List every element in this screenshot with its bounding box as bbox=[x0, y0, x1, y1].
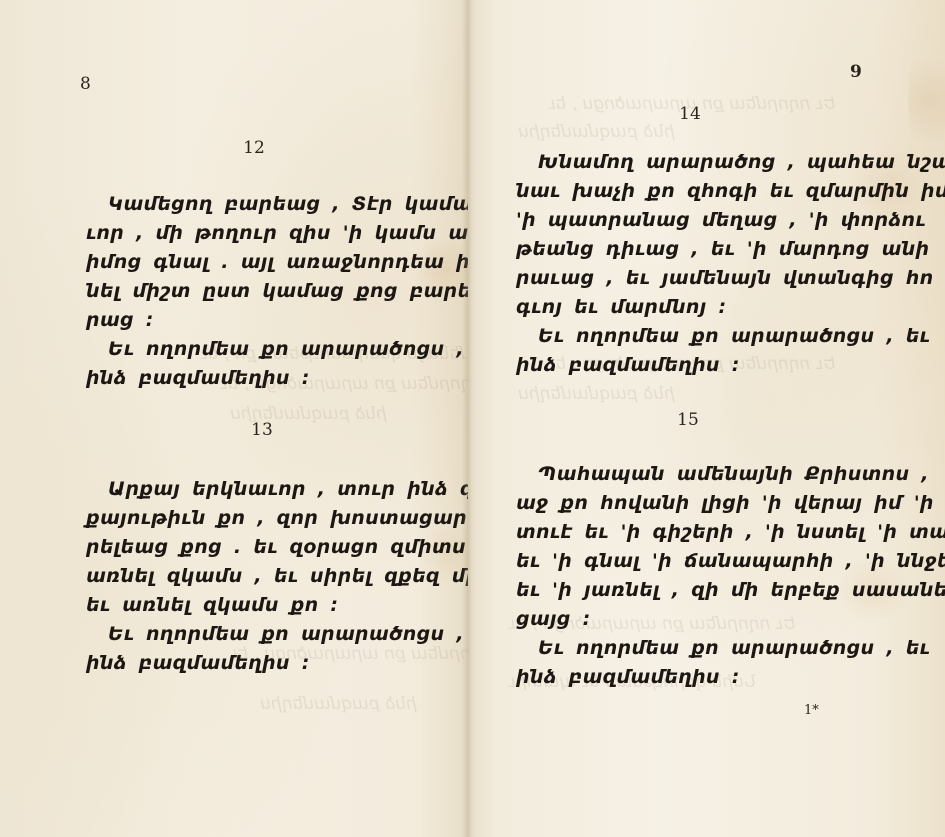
verse-line: իմոց գնալ . այլ առաջնորդեա ինձ լի­ bbox=[86, 248, 466, 277]
verse-number: 15 bbox=[658, 410, 718, 430]
verse-line: գւոյ եւ մարմնոյ : bbox=[516, 293, 916, 322]
verse-line: րաց : bbox=[86, 306, 466, 335]
verse-body: Պահապան ամենայնի Քրիստոս , աջ քո հովանի … bbox=[516, 460, 916, 692]
verse-body: Արքայ երկնաւոր , տուր ինձ զար­ քայութիւն… bbox=[86, 475, 466, 678]
refrain-line: ինձ բազմամեղիս : bbox=[86, 364, 466, 393]
left-page: ամենայն կենդանութեան քո , եւ Եւ ողորմեա … bbox=[0, 0, 468, 837]
verse-line: րաւաց , եւ յամենայն վտանգից հո­ bbox=[516, 264, 916, 293]
right-page: Եւ ողորմեա քո արարածոցս , եւ ինձ բազմամե… bbox=[468, 0, 945, 837]
refrain-line: ինձ բազմամեղիս : bbox=[516, 663, 916, 692]
refrain-line: Եւ ողորմեա քո արարածոցս , եւ bbox=[516, 322, 916, 351]
verse-line: րելեաց քոց . եւ զօրացո զմիտս իմ bbox=[86, 533, 466, 562]
verse-line: Խնամող արարածոց , պահեա նշա­ bbox=[516, 148, 916, 177]
verse-body: Կամեցող բարեաց , Տէր կամա­ ւոր , մի թողո… bbox=[86, 190, 466, 393]
verse-body: Խնամող արարածոց , պահեա նշա­ նաւ խաչի քո… bbox=[516, 148, 916, 380]
bleed-through-text: ինձ բազմամեղիս bbox=[518, 380, 675, 409]
refrain-line: ինձ բազմամեղիս : bbox=[86, 649, 466, 678]
verse-number: 14 bbox=[660, 104, 720, 124]
verse-line: եւ առնել զկամս քո : bbox=[86, 591, 466, 620]
paper-stain bbox=[908, 40, 945, 160]
verse-line: նաւ խաչի քո զհոգի եւ զմարմին իմ bbox=[516, 177, 916, 206]
refrain-line: Եւ ողորմեա քո արարածոցս , եւ bbox=[86, 335, 466, 364]
verse-line: 'ի պատրանաց մեղաց , 'ի փորձու­ bbox=[516, 206, 916, 235]
verse-line: Կամեցող բարեաց , Տէր կամա­ bbox=[86, 190, 466, 219]
page-number: 9 bbox=[850, 62, 862, 82]
refrain-line: ինձ բազմամեղիս : bbox=[516, 351, 916, 380]
bleed-through-text: ինձ բազմամեղիս bbox=[260, 690, 417, 719]
page-number: 8 bbox=[80, 74, 91, 94]
verse-line: տուէ եւ 'ի գիշերի , 'ի նստել 'ի տան bbox=[516, 518, 916, 547]
verse-line: նել միշտ ըստ կամաց քոց բարեսի­ bbox=[86, 277, 466, 306]
verse-line: Պահապան ամենայնի Քրիստոս , bbox=[516, 460, 916, 489]
verse-line: թեանց դիւաց , եւ 'ի մարդոց անի­ bbox=[516, 235, 916, 264]
printer-signature-mark: 1* bbox=[804, 703, 819, 718]
refrain-line: Եւ ողորմեա քո արարածոցս , եւ bbox=[516, 634, 916, 663]
book-spread: ամենայն կենդանութեան քո , եւ Եւ ողորմեա … bbox=[0, 0, 945, 837]
verse-line: եւ 'ի յառնել , զի մի երբեք սասանե­ bbox=[516, 576, 916, 605]
verse-line: եւ 'ի գնալ 'ի ճանապարհի , 'ի ննջել bbox=[516, 547, 916, 576]
verse-number: 13 bbox=[232, 420, 292, 440]
verse-line: քայութիւն քո , զոր խոստացար սի­ bbox=[86, 504, 466, 533]
verse-line: Արքայ երկնաւոր , տուր ինձ զար­ bbox=[86, 475, 466, 504]
verse-line: առնել զկամս , եւ սիրել զքեզ միայն , bbox=[86, 562, 466, 591]
verse-number: 12 bbox=[224, 138, 284, 158]
bleed-through-text: ինձ բազմամեղիս bbox=[518, 118, 675, 147]
verse-line: ցայց : bbox=[516, 605, 916, 634]
refrain-line: Եւ ողորմեա քո արարածոցս , եւ bbox=[86, 620, 466, 649]
verse-line: ւոր , մի թողուր զիս 'ի կամս անձինս bbox=[86, 219, 466, 248]
verse-line: աջ քո հովանի լիցի 'ի վերայ իմ 'ի bbox=[516, 489, 916, 518]
